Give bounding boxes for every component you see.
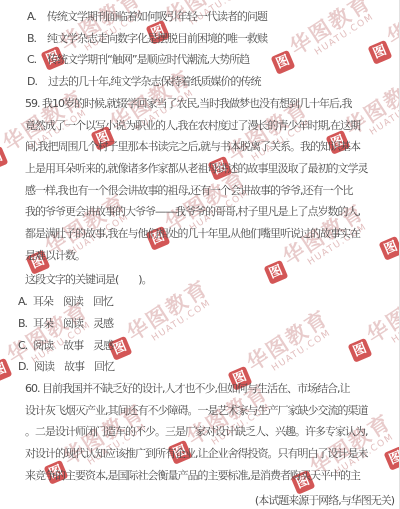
option-letter: A. xyxy=(18,295,27,308)
option-letter: B. xyxy=(18,317,27,330)
question60-line: 来竞争的主要资本,是国际社会衡量产品的主要标准,是消费者购买天平中的主 xyxy=(25,465,376,487)
question59-line: 感一样,我也有一个很会讲故事的祖母,还有一个会讲故事的爷爷,还有一个比 xyxy=(25,180,376,202)
option-row-59-d: D.阅读 故事 回忆 xyxy=(18,356,376,378)
option-text: 过去的几十年,纯文学杂志保持着纸质媒价的传统 xyxy=(48,75,261,88)
option-text: 阅读 故事 灵感 xyxy=(33,339,113,352)
source-note: (本试题来源于网络,与华图无关) xyxy=(25,490,394,509)
question59-line: 间,我把周围几个村子里那本书读完之后,就与书本脱离了关系。我的知识基本 xyxy=(25,136,376,158)
question59-line: 都是满肚子的故事,我在与他们相处的几十年里,从他们嘴里听说过的故事实在 xyxy=(25,223,376,245)
option-row-58-a: A.传统文学期刊面临着如何吸引年轻一代读者的问题 xyxy=(25,6,376,28)
option-letter: C. xyxy=(18,339,27,352)
option-text: 阅读 故事 回忆 xyxy=(34,360,114,373)
question60-line: 对设计的现代认知应该推广到所有企业,让企业舍得投资。只有明白了设计是未 xyxy=(25,443,376,465)
option-text: 传统文学期刊面临着如何吸引年轻一代读者的问题 xyxy=(47,10,267,23)
document-page: { "watermark": { "brand": "华图教育", "domai… xyxy=(0,0,400,509)
option-letter: D. xyxy=(18,360,28,373)
option-letter: D. xyxy=(27,75,37,88)
option-row-59-a: A.耳朵 阅读 回忆 xyxy=(18,291,376,313)
question60-line: 60. 目前我国并不缺乏好的设计,人才也不少,但如何与生活在、市场结合,让 xyxy=(25,378,376,400)
question59-line: 上是用耳朵听来的,就像诸多作家都从老祖母讲述的故事里汲取了最初的文学灵 xyxy=(25,158,376,180)
option-row-59-c: C.阅读 故事 灵感 xyxy=(18,335,376,357)
question59-stem: 这段文字的关键词是( )。 xyxy=(25,269,376,291)
option-row-59-b: B.耳朵 阅读 灵感 xyxy=(18,313,376,335)
option-text: 纯文学杂志走向数字化是摆脱目前困境的唯一救赎 xyxy=(47,32,267,45)
option-letter: B. xyxy=(27,32,36,45)
option-text: 耳朵 阅读 灵感 xyxy=(33,317,113,330)
option-letter: A. xyxy=(27,10,36,23)
question59-line: 59. 我10岁的时候,就辍学回家当了农民,当时我做梦也没有想到几十年后,我 xyxy=(25,93,376,115)
option-letter: C. xyxy=(27,53,36,66)
question60-line: 设计灰飞烟灭产业,其间还有不少障碍。一是艺术家与生产厂家缺少交流的渠道 xyxy=(25,400,376,422)
question60-line: 。二是设计师闭门造车的不少。三是厂家对设计缺乏人、兴趣。许多专家认为, xyxy=(25,421,376,443)
question59-line: 我的爷爷更会讲故事的大爷爷——我爷爷的哥哥,村子里凡是上了点岁数的人, xyxy=(25,201,376,223)
option-row-58-b: B.纯文学杂志走向数字化是摆脱目前困境的唯一救赎 xyxy=(25,28,376,50)
exam-page-content: A.传统文学期刊面临着如何吸引年轻一代读者的问题 B.纯文学杂志走向数字化是摆脱… xyxy=(0,0,399,509)
option-row-58-d: D.过去的几十年,纯文学杂志保持着纸质媒价的传统 xyxy=(25,71,376,93)
question59-line: 是难以计数。 xyxy=(25,245,376,267)
question59-line: 竟然成了一个以写小说为职业的人,我在农村度过了漫长的青少年时期,在这期 xyxy=(25,115,376,137)
option-text: 耳朵 阅读 回忆 xyxy=(33,295,113,308)
option-row-58-c: C.传统文学期刊“触网”是顺应时代潮流,大势所趋 xyxy=(25,49,376,71)
option-text: 传统文学期刊“触网”是顺应时代潮流,大势所趋 xyxy=(47,53,249,66)
